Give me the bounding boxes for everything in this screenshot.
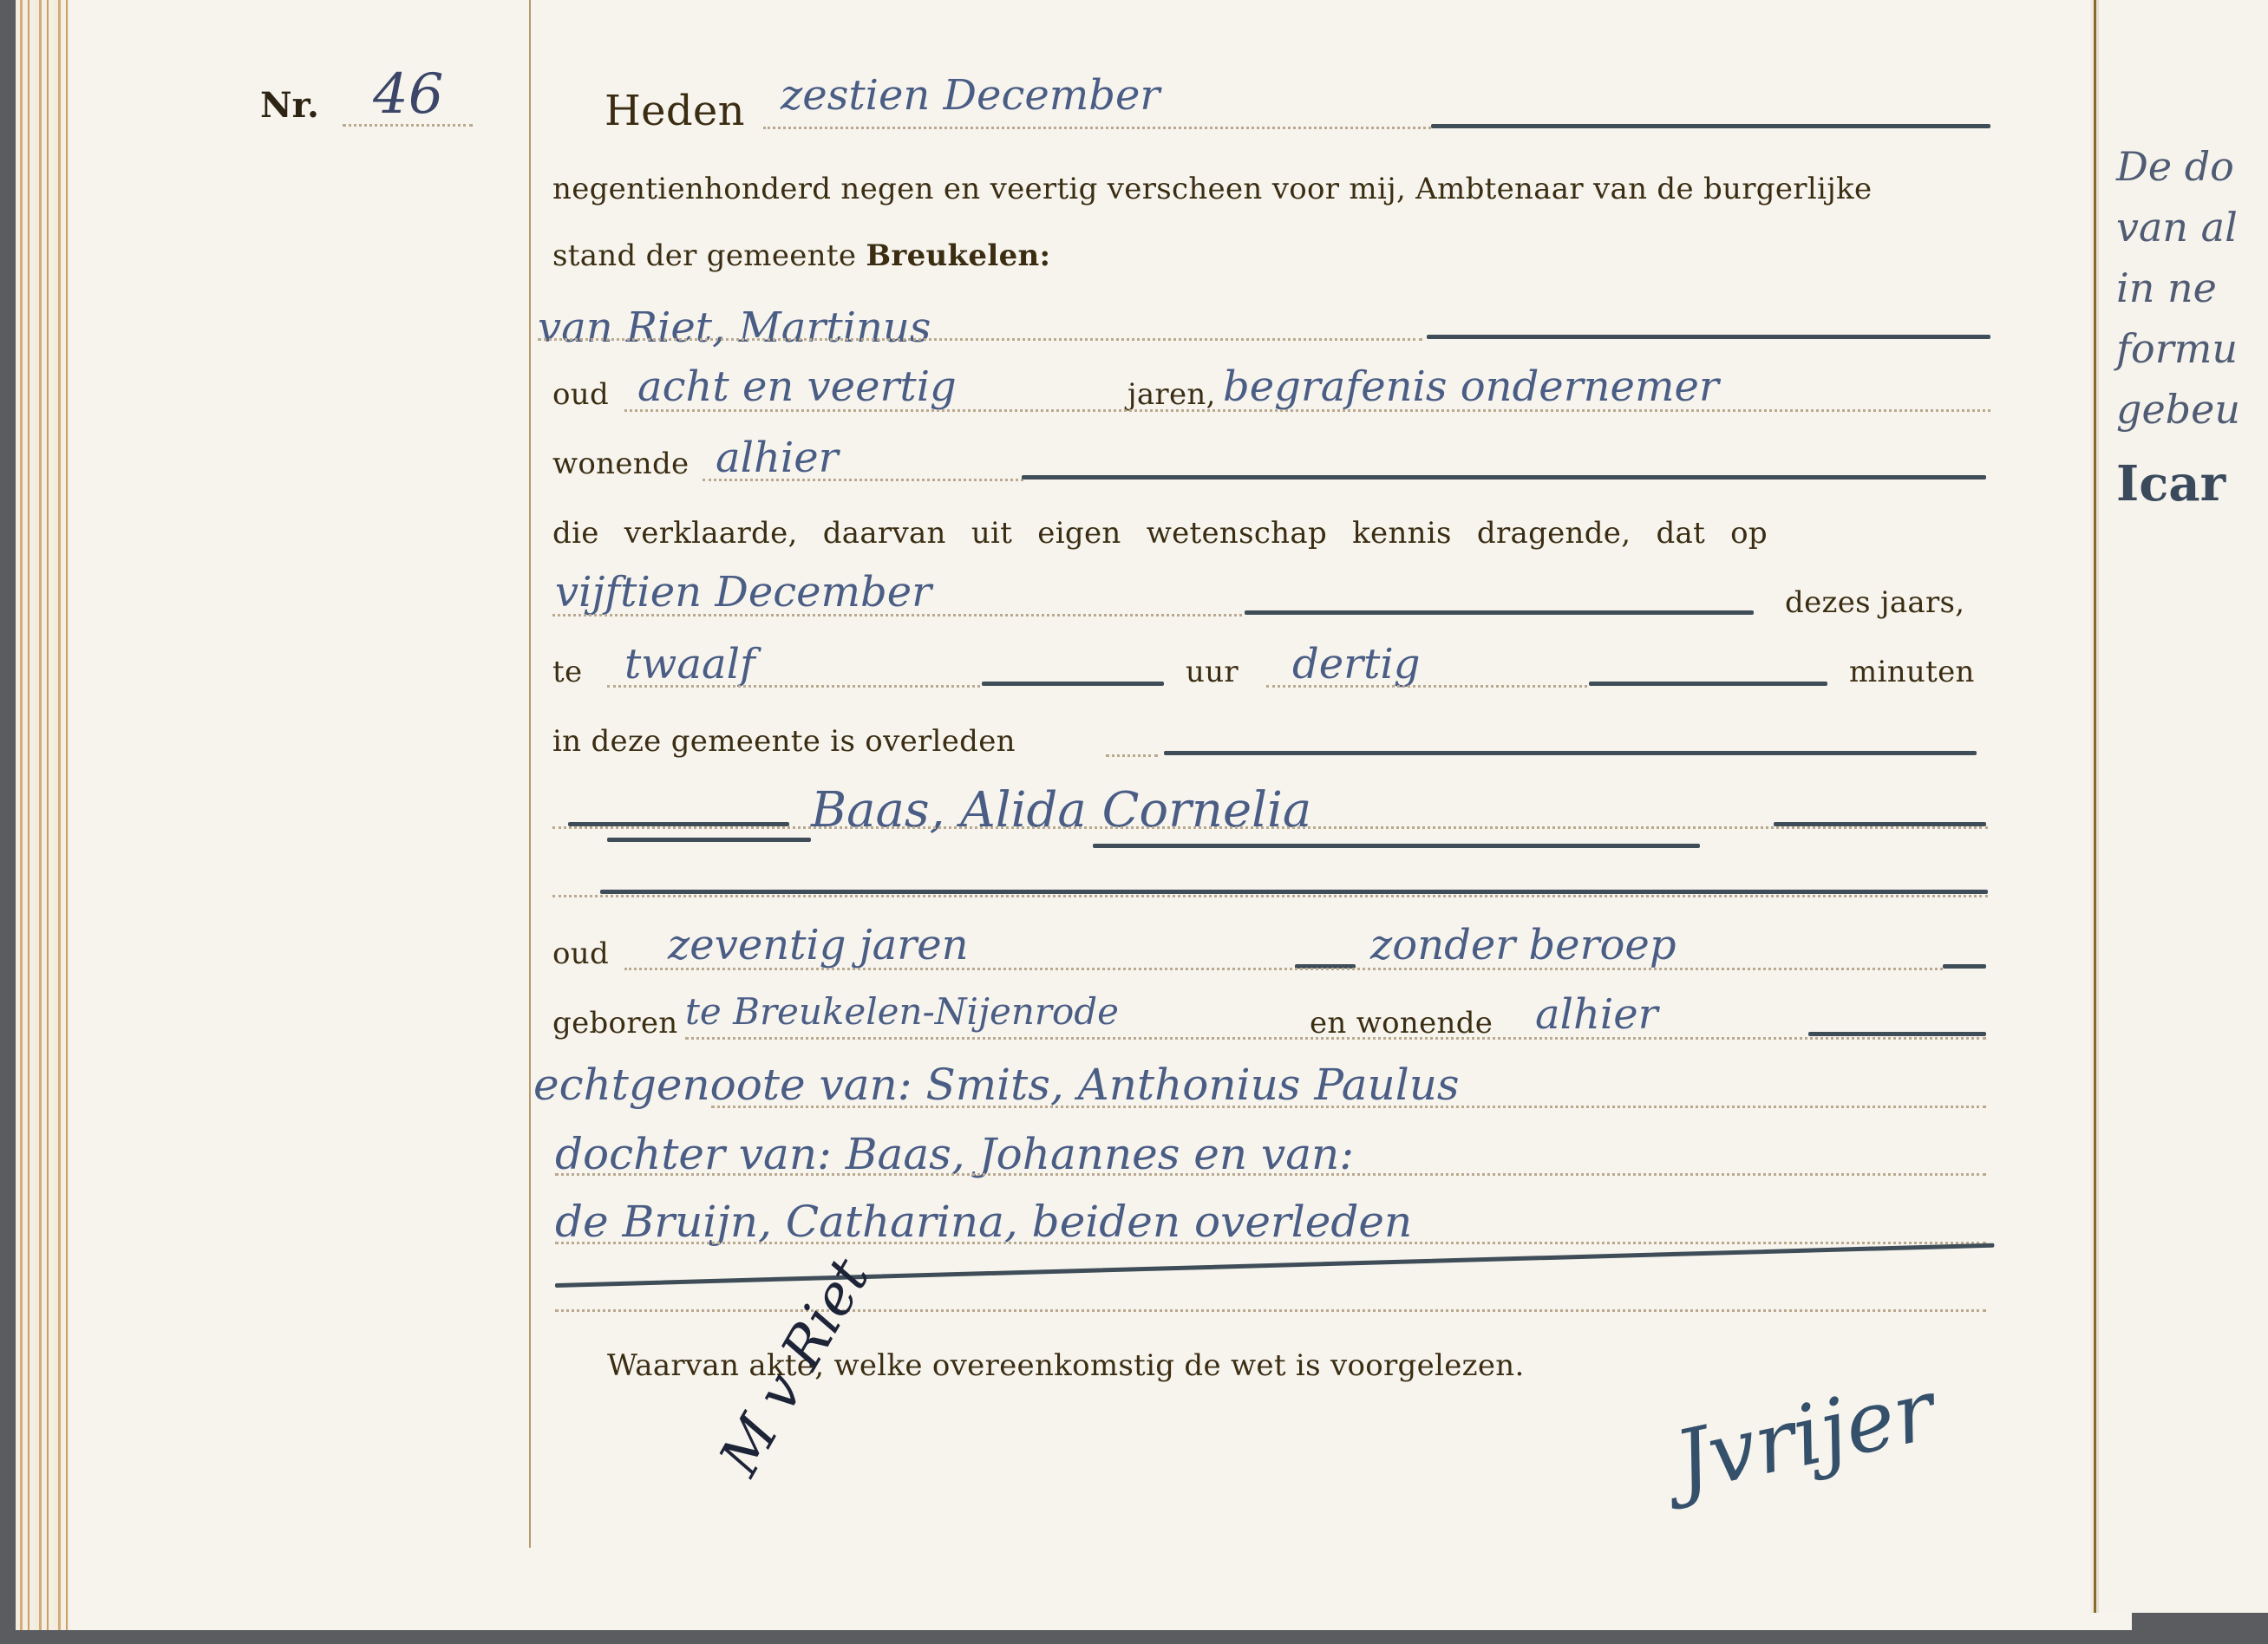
ink-fill-line — [1022, 475, 1986, 479]
underline-surname — [607, 838, 811, 842]
dotted-line — [555, 1173, 1986, 1176]
handwritten-birthplace: te Breukelen-Nijenrode — [685, 990, 1119, 1033]
handwritten-death-minutes: dertig — [1292, 640, 1420, 688]
dotted-line — [1106, 754, 1158, 757]
handwritten-declarant-occupation: begrafenis ondernemer — [1223, 362, 1719, 411]
ink-fill-line — [982, 682, 1164, 686]
dotted-line — [685, 1037, 1986, 1040]
margin-note-line: gebeu — [2116, 386, 2240, 433]
handwritten-declarant-name: van Riet, Martinus — [538, 303, 931, 352]
ink-fill-line — [600, 890, 1988, 894]
printed-wonende: wonende — [552, 447, 689, 481]
printed-line-3: stand der gemeente Breukelen: — [552, 238, 1050, 273]
dotted-line — [552, 614, 1242, 616]
printed-minuten: minuten — [1849, 655, 1975, 689]
dotted-line — [343, 124, 473, 127]
handwritten-death-hour: twaalf — [624, 640, 755, 688]
ink-fill-line — [1774, 822, 1986, 826]
margin-note-line: De do — [2116, 143, 2234, 190]
dotted-line — [703, 479, 1023, 481]
dotted-line — [624, 409, 1990, 412]
book-page-edges — [16, 0, 69, 1630]
handwritten-spouse: echtgenoote van: Smits, Anthonius Paulus — [533, 1060, 1460, 1110]
ink-fill-line — [1431, 124, 1990, 128]
municipality-name: Breukelen: — [866, 238, 1050, 273]
ink-fill-line — [1589, 682, 1827, 686]
dotted-line — [1266, 685, 1587, 688]
printed-jaren: jaren, — [1127, 377, 1216, 412]
printed-te: te — [552, 655, 582, 689]
ink-fill-line — [1943, 964, 1986, 969]
handwritten-deceased-occupation: zonder beroep — [1370, 921, 1676, 969]
ink-fill-line — [1245, 610, 1754, 615]
record-number-value: 46 — [373, 62, 443, 127]
margin-note-line: in ne — [2116, 264, 2217, 311]
printed-stand-der-gemeente: stand der gemeente — [552, 238, 856, 273]
margin-note-stamp: Icar — [2116, 455, 2226, 512]
dotted-line — [607, 685, 980, 688]
ink-fill-line — [1427, 335, 1990, 339]
underline-given-names — [1093, 844, 1700, 848]
printed-closing: Waarvan akte, welke overeenkomstig de we… — [607, 1348, 1525, 1383]
dotted-line — [555, 1309, 1986, 1312]
margin-note-line: van al — [2116, 204, 2238, 251]
handwritten-declarant-age: acht en veertig — [637, 362, 957, 411]
handwritten-date: zestien December — [781, 71, 1160, 120]
handwritten-parents-2: de Bruijn, Catharina, beiden overleden — [555, 1197, 1412, 1247]
ink-fill-line — [1808, 1032, 1986, 1036]
margin-rule — [529, 0, 531, 1548]
printed-oud-deceased: oud — [552, 936, 609, 971]
record-number-label: Nr. — [260, 85, 319, 126]
dotted-line — [624, 968, 1943, 970]
handwritten-deceased-age: zeventig jaren — [668, 921, 969, 969]
dotted-line — [711, 1106, 1986, 1108]
background-edge — [0, 1630, 2268, 1644]
dotted-line — [552, 826, 1988, 829]
gutter-rule — [2094, 0, 2096, 1613]
printed-en-wonende: en wonende — [1310, 1006, 1493, 1041]
printed-verklaarde: die verklaarde, daarvan uit eigen wetens… — [552, 516, 1768, 551]
printed-dezes-jaars: dezes jaars, — [1785, 585, 1964, 620]
handwritten-parents-1: dochter van: Baas, Johannes en van: — [555, 1129, 1354, 1179]
handwritten-deceased-name: Baas, Alida Cornelia — [811, 782, 1311, 838]
dotted-line — [555, 1242, 1986, 1244]
dotted-line — [763, 127, 1431, 129]
printed-line-2: negentienhonderd negen en veertig versch… — [552, 172, 1872, 206]
dotted-line — [538, 338, 1422, 341]
printed-overleden: in deze gemeente is overleden — [552, 724, 1016, 759]
printed-oud: oud — [552, 377, 609, 412]
ink-fill-line — [1164, 751, 1977, 755]
printed-uur: uur — [1186, 655, 1239, 689]
printed-geboren: geboren — [552, 1006, 678, 1041]
printed-heden: Heden — [605, 87, 745, 135]
handwritten-death-date: vijftien December — [555, 568, 931, 616]
margin-note-line: formu — [2116, 325, 2238, 372]
dotted-line — [552, 895, 1988, 897]
handwritten-deceased-residence: alhier — [1535, 990, 1658, 1039]
handwritten-declarant-residence: alhier — [716, 434, 839, 482]
